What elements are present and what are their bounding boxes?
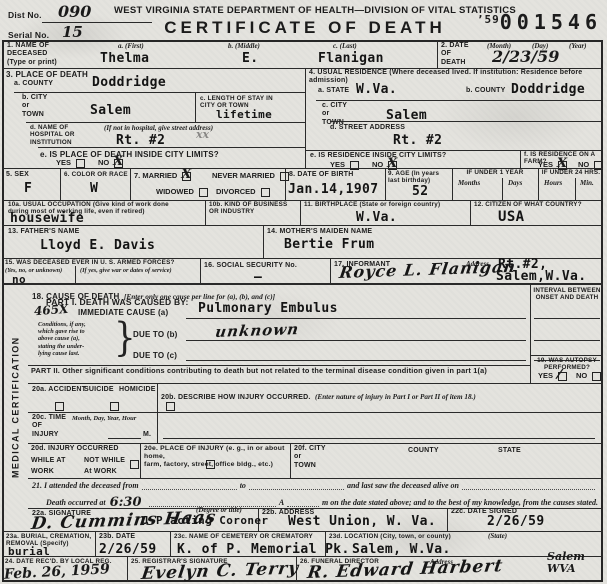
divorced-label: DIVORCED: [216, 187, 256, 196]
hospital-value: Rt. #2: [116, 133, 165, 148]
divider-line: [530, 355, 603, 356]
attended-statement-line1: 21. I attended the deceased from to and …: [32, 481, 598, 490]
mother-name-label: 14. MOTHER'S MAIDEN NAME: [267, 228, 372, 236]
divider-line: [263, 225, 264, 258]
death-occurred-text: Death occurred at: [46, 498, 106, 507]
divider-line: [305, 68, 306, 168]
divider-line: [26, 122, 305, 123]
meridiem-label: M.: [143, 431, 151, 439]
residence-state-value: W.Va.: [356, 82, 397, 97]
location-state-label: (State): [488, 532, 507, 540]
not-while-label: NOT WHILE: [84, 457, 125, 465]
immediate-cause-value: Pulmonary Embulus: [198, 301, 338, 316]
injury-description-header: 20b. DESCRIBE HOW INJURY OCCURRED. (Ente…: [161, 386, 597, 404]
checkbox-mark: X: [181, 167, 191, 182]
divider-line: [330, 258, 331, 283]
divider-line: [157, 383, 158, 443]
divider-line: [42, 22, 152, 23]
at-work-label: At WORK: [84, 468, 117, 476]
residence-county-label: b. COUNTY: [466, 87, 506, 95]
first-name-value: Thelma: [100, 51, 149, 66]
last-name-label: c. (Last): [333, 42, 357, 50]
fill-line: [534, 340, 600, 341]
degree-or-title-label: (Degree or title): [196, 506, 242, 514]
fill-line: [186, 340, 526, 341]
medical-certification-section-label: MEDICAL CERTIFICATION: [2, 283, 28, 531]
stamp-year: ’59: [477, 13, 500, 26]
attended-text-2: to: [240, 481, 246, 490]
race-label: 6. COLOR OR RACE: [64, 171, 128, 178]
date-of-birth-label: 8. DATE OF BIRTH: [289, 171, 354, 179]
divider-line: [28, 443, 603, 444]
divider-line: [300, 200, 301, 225]
divider-line: [75, 266, 76, 283]
injury-description-label: 20b. DESCRIBE HOW INJURY OCCURRED.: [161, 394, 311, 401]
married-label: 7. MARRIED: [134, 171, 177, 180]
divider-line: [127, 556, 128, 582]
fill-line: [108, 438, 141, 439]
part2-label: PART II. Other significant conditions co…: [31, 367, 527, 376]
hospital-label: d. NAME OF HOSPITAL OR INSTITUTION: [30, 124, 75, 146]
sex-value: F: [24, 181, 32, 196]
length-of-stay-value: lifetime: [216, 108, 272, 121]
field1-label: 1. NAME OF DECEASED (Type or print): [7, 42, 57, 67]
residence-state-label: a. STATE: [318, 87, 349, 95]
attended-text-3: and last saw the deceased alive on: [347, 481, 459, 490]
pod-city-label: b. CITY or TOWN: [22, 94, 48, 119]
time-of-injury-note: Month, Day, Year, Hour: [72, 415, 136, 423]
no-label: NO: [98, 158, 109, 167]
divider-line: [575, 178, 576, 200]
statement-text: m on the date stated above; and to the b…: [322, 498, 598, 507]
street-address-value: Rt. #2: [393, 133, 442, 148]
divider-line: [95, 531, 96, 556]
divider-line: [130, 168, 131, 200]
fill-line: [186, 318, 526, 319]
certifier-title-value: J.P.acting Coroner: [142, 514, 268, 527]
yes-checkbox-marked: /: [558, 372, 567, 381]
due-to-b-label: DUE TO (b): [133, 330, 178, 339]
never-married-option: NEVER MARRIED: [212, 171, 292, 180]
married-option: 7. MARRIEDX: [134, 171, 194, 180]
residence-county-value: Doddridge: [511, 82, 585, 97]
divider-line: [385, 168, 386, 200]
while-at-work-checkbox: [130, 460, 139, 469]
father-name-value: Lloyd E. Davis: [40, 238, 155, 253]
fill-line: [186, 360, 526, 361]
attended-text-1: 21. I attended the deceased from: [32, 481, 139, 490]
funeral-director-address-value: Salem WVA: [547, 551, 585, 575]
armed-forces-note2: (If yes, give war or dates of service): [80, 267, 198, 275]
days-label: Days: [508, 179, 522, 187]
age-label: 9. AGE (In years last birthday): [388, 170, 439, 185]
divider-line: [520, 150, 521, 168]
checkbox-mark: /: [556, 367, 563, 383]
death-certificate-document: Dist No. 090 Serial No. 15 WEST VIRGINIA…: [0, 0, 607, 584]
citizen-value: USA: [498, 209, 525, 225]
mother-name-value: Bertie Frum: [284, 237, 375, 252]
middle-name-label: b. (Middle): [228, 42, 260, 50]
married-checkbox-checked: X: [182, 172, 191, 181]
yes-checkbox: [76, 159, 85, 168]
accident-checkbox: [55, 402, 64, 411]
work-label: WORK: [31, 468, 54, 476]
divider-line: [14, 92, 305, 93]
armed-forces-label: 15. WAS DECEASED EVER IN U. S. ARMED FOR…: [5, 259, 200, 266]
dist-no-label: Dist No.: [8, 10, 42, 20]
hours-label: Hours: [544, 179, 562, 187]
location-label: 23d. LOCATION (City, town, or county): [329, 533, 451, 540]
divider-line: [170, 531, 171, 556]
stamp-number: 001546: [500, 10, 602, 34]
ssn-label: 16. SOCIAL SECURITY No.: [204, 262, 326, 270]
date-signed-value: 2/26/59: [487, 514, 545, 529]
autopsy-label: 19. WAS AUTOPSY PERFORMED?: [532, 357, 602, 372]
under-1-year-label: IF UNDER 1 YEAR: [453, 169, 537, 176]
middle-name-value: E.: [242, 51, 258, 66]
yes-label: YES: [538, 371, 553, 380]
divider-line: [2, 556, 603, 557]
citizen-label: 12. CITIZEN OF WHAT COUNTRY?: [474, 201, 582, 208]
divider-line: [437, 40, 438, 68]
divider-line: [330, 121, 603, 122]
divider-line: [2, 225, 603, 226]
business-label: 10b. KIND OF BUSINESS OR INDUSTRY: [209, 201, 287, 216]
never-married-checkbox: [280, 172, 289, 181]
yes-label: YES: [56, 158, 71, 167]
divider-line: [447, 508, 448, 531]
street-address-label: d. STREET ADDRESS: [330, 124, 405, 132]
cemetery-value: K. of P. Memorial Pk.: [177, 542, 350, 557]
serial-no-value: 15: [62, 23, 83, 41]
divorced-option: DIVORCED: [216, 187, 273, 196]
due-to-c-label: DUE TO (c): [133, 351, 177, 360]
divider-line: [316, 100, 603, 101]
never-married-label: NEVER MARRIED: [212, 171, 275, 180]
conditions-note: Conditions, if any, which gave rise to a…: [38, 321, 86, 357]
checkbox-mark: X: [113, 154, 123, 169]
fill-line: [163, 438, 595, 439]
interval-header: INTERVAL BETWEEN ONSET AND DEATH: [531, 287, 603, 302]
fill-leader: [142, 483, 237, 490]
no-checkbox-checked: X: [114, 159, 123, 168]
no-label: NO: [576, 371, 587, 380]
divorced-checkbox: [261, 188, 270, 197]
date-of-birth-value: Jan.14,1907: [288, 182, 379, 197]
injury-state-label: STATE: [498, 447, 521, 455]
divider-line: [290, 443, 291, 478]
no-checkbox: [592, 372, 601, 381]
sex-label: 5. SEX: [6, 171, 29, 179]
divider-line: [38, 147, 305, 148]
autopsy-options: YES/ NO: [538, 371, 604, 380]
race-value: W: [90, 181, 98, 196]
burial-date-label: 23b. DATE: [99, 533, 135, 541]
first-name-label: a. (First): [118, 42, 144, 50]
divider-line: [28, 383, 603, 384]
divider-line: [60, 168, 61, 200]
widowed-option: WIDOWED: [156, 187, 211, 196]
date-of-death-label: 2. DATE OF DEATH: [441, 42, 469, 67]
injury-county-label: COUNTY: [408, 447, 439, 455]
birthplace-label: 11. BIRTHPLACE (State or foreign country…: [304, 201, 440, 208]
location-value: Salem, W.Va.: [352, 542, 451, 557]
injury-description-note: (Enter nature of injury in Part I or Par…: [315, 393, 476, 401]
injury-occurred-label: 20d. INJURY OCCURRED: [31, 445, 119, 453]
divider-line: [2, 283, 603, 285]
divider-line: [28, 478, 603, 479]
time-of-injury-label: 20c. TIME OF INJURY: [32, 414, 66, 439]
serial-no-label: Serial No.: [8, 30, 49, 40]
fill-leader: [462, 483, 595, 490]
min-label: Min.: [580, 179, 594, 187]
pod-city-value: Salem: [90, 103, 131, 118]
pod-city-limits-options: YES NOX: [56, 158, 126, 167]
widowed-label: WIDOWED: [156, 187, 194, 196]
place-of-death-title: 3. PLACE OF DEATH: [6, 70, 88, 79]
fill-line: [534, 318, 600, 319]
dod-year-label: (Year): [569, 42, 587, 50]
stray-handwriting-mark: xx: [196, 128, 209, 141]
pod-county-label: a. COUNTY: [14, 80, 53, 88]
cemetery-label: 23c. NAME OF CEMETERY OR CREMATORY: [174, 533, 313, 540]
injury-city-label: 20f. CITY or TOWN: [294, 445, 326, 470]
certifier-address-value: West Union, W. Va.: [288, 514, 436, 529]
registration-stamp: ’59001546: [440, 10, 602, 34]
birthplace-value: W.Va.: [356, 210, 397, 225]
father-name-label: 13. FATHER'S NAME: [8, 228, 79, 236]
residence-city-limits-label: e. IS RESIDENCE INSIDE CITY LIMITS?: [310, 152, 446, 160]
divider-line: [470, 200, 471, 225]
suicide-checkbox: [110, 402, 119, 411]
divider-line: [28, 412, 603, 413]
certificate-title: CERTIFICATE OF DEATH: [140, 18, 470, 38]
divider-line: [195, 92, 196, 122]
last-name-value: Flanigan: [318, 51, 384, 66]
death-occurred-line2: Death occurred at 6:30 A m on the date s…: [46, 492, 598, 507]
homicide-label: HOMICIDE: [119, 386, 156, 394]
divider-line: [140, 443, 141, 478]
widowed-checkbox: [199, 188, 208, 197]
fill-leader: [287, 500, 319, 507]
age-value: 52: [412, 184, 428, 199]
divider-line: [502, 178, 503, 200]
accident-label: 20a. ACCIDENT: [32, 386, 86, 394]
fill-leader: [249, 483, 344, 490]
divider-line: [205, 200, 206, 225]
pod-county-value: Doddridge: [92, 75, 166, 90]
suicide-label: SUICIDE: [84, 386, 114, 394]
divider-line: [200, 258, 201, 283]
months-label: Months: [458, 179, 480, 187]
am-text: A: [279, 498, 284, 507]
under-24-hrs-label: IF UNDER 24 HRS.: [539, 169, 603, 176]
divider-line: [2, 531, 603, 532]
while-at-label: WHILE AT: [31, 457, 66, 465]
burial-date-value: 2/26/59: [99, 542, 157, 557]
dist-no-value: 090: [58, 2, 91, 21]
occupation-value: housewife: [10, 211, 84, 226]
date-of-death-value: 2/23/59: [492, 47, 559, 66]
place-of-injury-label: 20e. PLACE OF INJURY (e. g., in or about…: [144, 445, 288, 469]
cause-code-handwritten: 465X: [34, 302, 69, 318]
due-to-b-value-handwritten: unknown: [214, 320, 300, 341]
